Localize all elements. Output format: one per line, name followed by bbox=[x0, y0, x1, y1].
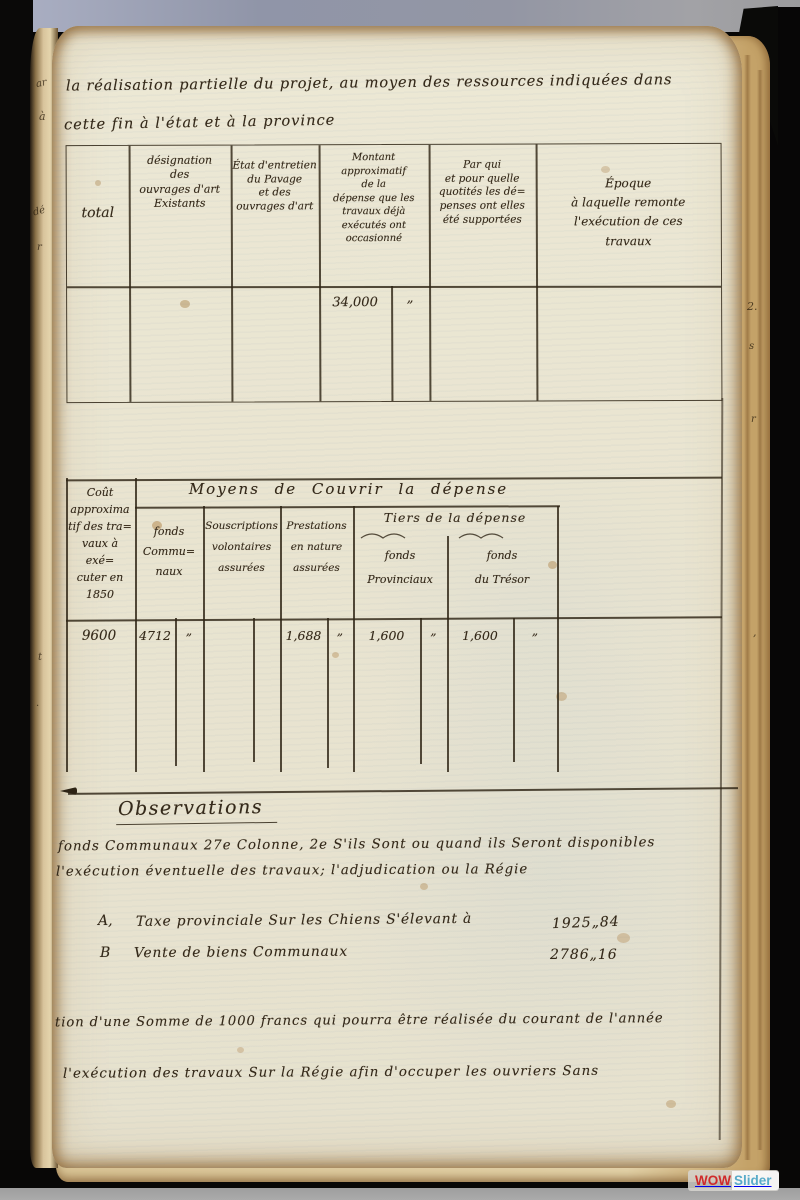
item-b-label: B bbox=[100, 944, 110, 962]
gutter-text-fragment: t bbox=[38, 652, 42, 663]
t2-header-tresor: fonds du Trésor bbox=[447, 544, 557, 592]
bottom-line-2: l'exécution des travaux Sur la Régie afi… bbox=[63, 1062, 713, 1083]
watermark-wow-text: WOW bbox=[688, 1171, 732, 1190]
t2-value-cout: 9600 bbox=[66, 628, 132, 646]
watermark-slider-text: Slider bbox=[732, 1171, 779, 1190]
item-a-amount: 1925„84 bbox=[552, 913, 620, 934]
t2-value-communaux-centimes: „ bbox=[175, 624, 203, 640]
t2-value-tresor: 1,600 bbox=[447, 628, 513, 644]
t1-header-epoque: Époque à laquelle remonte l'exécution de… bbox=[536, 174, 721, 251]
t1-header-bottom-line bbox=[67, 286, 721, 288]
tiers-underline-squiggle bbox=[359, 531, 551, 541]
fox-stain bbox=[237, 1047, 244, 1053]
t1-header-designation: désignation des ouvrages d'art Existants bbox=[129, 154, 231, 212]
item-a-label: A, bbox=[98, 912, 113, 930]
page-edge-seam-2 bbox=[757, 70, 763, 1150]
t2-right-inner-line bbox=[557, 506, 559, 772]
item-a-text: Taxe provinciale Sur les Chiens S'élevan… bbox=[136, 910, 546, 931]
t1-header-montant: Montant approximatif de la dépense que l… bbox=[319, 151, 429, 246]
t1-row-label: total bbox=[67, 204, 129, 222]
t2-subheader-bottom-line bbox=[66, 616, 722, 621]
t2-header-fonds-communaux: fonds Commu= naux bbox=[135, 522, 203, 581]
t2-centimes-line-3 bbox=[327, 618, 329, 768]
t2-centimes-line-5 bbox=[513, 618, 515, 762]
book-photo: 2. s r , ar à dé r t . la réalisation pa… bbox=[0, 0, 800, 1200]
fore-edge-mark: r bbox=[751, 414, 756, 425]
gutter-text-fragment: . bbox=[36, 698, 39, 709]
fore-edge-mark: s bbox=[749, 341, 754, 352]
t2-span-header: Moyens de Couvrir la dépense bbox=[146, 480, 551, 500]
t2-value-prestations-centimes: „ bbox=[327, 624, 353, 640]
t2-header-cout: Coût approxima tif des tra= vaux à exé= … bbox=[67, 484, 133, 603]
observations-line-2: l'exécution éventuelle des travaux; l'ad… bbox=[56, 860, 676, 881]
t2-centimes-line-2 bbox=[253, 618, 255, 762]
t2-centimes-line-1 bbox=[175, 618, 177, 766]
t2-value-prestations: 1,688 bbox=[280, 628, 327, 644]
right-dark-edge bbox=[770, 7, 800, 1192]
t2-centimes-line-4 bbox=[420, 618, 422, 764]
t2-value-tresor-centimes: „ bbox=[513, 624, 557, 640]
left-arrow-icon bbox=[60, 787, 77, 795]
viewer-bottom-bar bbox=[0, 1188, 800, 1200]
wowslider-watermark[interactable]: WOWSlider bbox=[688, 1170, 779, 1191]
fore-edge-mark: 2. bbox=[747, 300, 758, 313]
t1-montant-centimes: „ bbox=[391, 291, 429, 308]
item-b-amount: 2786„16 bbox=[550, 946, 618, 964]
fox-stain bbox=[420, 883, 428, 890]
fox-stain bbox=[617, 933, 630, 943]
t2-value-communaux: 4712 bbox=[135, 628, 175, 644]
table-moyens-depense: Coût approxima tif des tra= vaux à exé= … bbox=[66, 478, 722, 772]
t2-header-tiers: Tiers de la dépense bbox=[353, 510, 557, 526]
page-edge-seam-1 bbox=[744, 55, 751, 1160]
t2-span-header-underline bbox=[135, 505, 560, 508]
gutter-text-fragment: r bbox=[37, 242, 42, 253]
gutter-text-fragment: ar bbox=[35, 77, 48, 90]
fore-edge-mark: , bbox=[753, 626, 757, 639]
t2-header-prestations: Prestations en nature assurées bbox=[280, 516, 353, 579]
table-existing-works: total désignation des ouvrages d'art Exi… bbox=[66, 143, 723, 403]
t2-value-provinciaux: 1,600 bbox=[353, 628, 420, 644]
fox-stain bbox=[666, 1100, 676, 1108]
item-b-text: Vente de biens Communaux bbox=[134, 943, 464, 963]
gutter-text-fragment: à bbox=[39, 110, 46, 123]
t1-header-etat: État d'entretien du Pavage et des ouvrag… bbox=[231, 159, 319, 214]
t1-montant-value: 34,000 bbox=[319, 295, 391, 312]
observations-title: Observations bbox=[116, 795, 277, 825]
left-dark-edge bbox=[0, 0, 33, 1200]
t2-header-souscriptions: Souscriptions volontaires assurées bbox=[203, 516, 280, 579]
t1-header-parqui: Par qui et pour quelle quotités les dé= … bbox=[429, 159, 536, 228]
manuscript-page: la réalisation partielle du projet, au m… bbox=[52, 26, 742, 1168]
t2-header-provinciaux: fonds Provinciaux bbox=[353, 544, 447, 592]
t2-value-provinciaux-centimes: „ bbox=[420, 624, 447, 640]
